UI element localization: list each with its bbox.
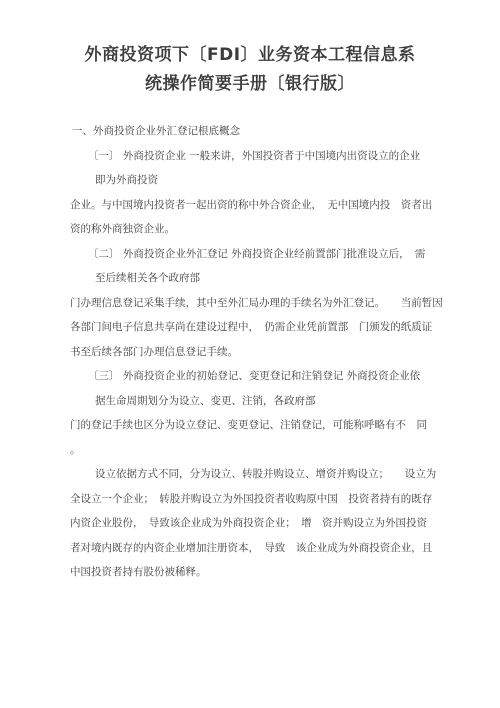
text-line: 各部门间电子信息共享尚在建设过程中， 仍需企业凭前置部 门颁发的纸质证 [70, 315, 435, 340]
text-line: 中国投资者持有股份被稀释。 [70, 560, 435, 585]
document-title: 外商投资项下〔FDI〕业务资本工程信息系 统操作简要手册〔银行版〕 [0, 41, 500, 99]
text-line: 全设立一个企业； 转股并购设立为外国投资者收购原中国 投资者持有的既存 [70, 487, 435, 512]
text-line: 至后续相关各个政府部 [70, 266, 435, 291]
document-title-line-1: 外商投资项下〔FDI〕业务资本工程信息系 [0, 41, 500, 70]
text-line: 门的登记手续也区分为设立登记、变更登记、注销登记，可能称呼略有不 同 [70, 413, 435, 438]
text-line: 〔二〕 外商投资企业外汇登记 外商投资企业经前置部门批准设立后， 需 [70, 242, 435, 267]
text-line: 门办理信息登记采集手续，其中至外汇局办理的手续名为外汇登记。 当前暂因 [70, 291, 435, 316]
text-line: 资的称外商独资企业。 [70, 217, 435, 242]
text-line: 据生命周期划分为设立、变更、注销，各政府部 [70, 389, 435, 414]
text-line: 。 [70, 438, 435, 463]
text-line: 企业。与中国境内投资者一起出资的称中外合资企业， 无中国境内投 资者出 [70, 193, 435, 218]
text-line: 一、外商投资企业外汇登记根底概念 [70, 119, 435, 144]
text-line: 设立依据方式不同，分为设立、转股并购设立、增资并购设立； 设立为 [70, 462, 435, 487]
document-title-line-2: 统操作简要手册〔银行版〕 [0, 70, 500, 99]
text-line: 即为外商投资 [70, 168, 435, 193]
text-line: 者对境内既存的内资企业增加注册资本， 导致 该企业成为外商投资企业，且 [70, 536, 435, 561]
text-line: 〔一〕 外商投资企业 一般来讲，外国投资者于中国境内出资设立的企业 [70, 144, 435, 169]
text-line: 书至后续各部门办理信息登记手续。 [70, 340, 435, 365]
text-line: 内资企业股份， 导致该企业成为外商投资企业； 增 资并购设立为外国投资 [70, 511, 435, 536]
text-line: 〔三〕 外商投资企业的初始登记、变更登记和注销登记 外商投资企业依 [70, 364, 435, 389]
document-body: 一、外商投资企业外汇登记根底概念〔一〕 外商投资企业 一般来讲，外国投资者于中国… [70, 119, 435, 585]
document-page: 外商投资项下〔FDI〕业务资本工程信息系 统操作简要手册〔银行版〕 一、外商投资… [0, 0, 500, 708]
